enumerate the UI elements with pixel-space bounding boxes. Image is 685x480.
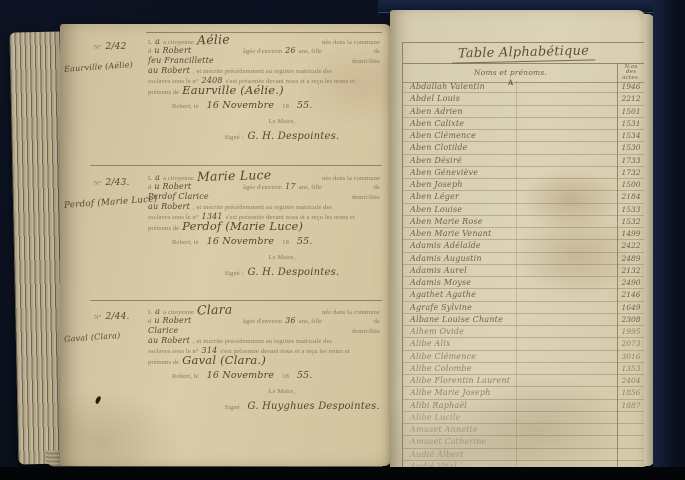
- row-act-number: 1733: [618, 156, 644, 165]
- table-rows: Abdallah Valentin1946Abdel Louis2212Aben…: [403, 81, 644, 473]
- table-row: Adamis Augustin2489: [403, 253, 644, 265]
- margin-name: Eaurville (Aélie): [64, 59, 146, 74]
- row-name: Albane Louise Chante: [403, 315, 618, 324]
- table-row: Abdallah Valentin1946: [403, 81, 644, 93]
- row-name: Aben Louise: [403, 205, 618, 214]
- date-line: Robert, le16 Novembre1855.: [148, 370, 380, 381]
- citizen-name: Aélie: [197, 36, 230, 45]
- entry-line: du Robert âgée d'environ26ans, fille de: [148, 46, 380, 56]
- date-value: 16 Novembre: [207, 370, 275, 381]
- table-row: Adamis Aurel2132: [403, 265, 644, 277]
- row-act-number: 2490: [618, 278, 644, 287]
- table-row: Albane Louise Chante2308: [403, 314, 644, 326]
- row-act-number: 2489: [618, 254, 644, 263]
- table-row: Aben Adrien1501: [403, 106, 644, 118]
- signature: G. H. Despointes.: [247, 131, 339, 142]
- table-row: Amuset Annette: [403, 424, 644, 436]
- table-row: Aben Clémence1534: [403, 130, 644, 142]
- row-name: Abdel Louis: [403, 94, 618, 103]
- row-name: Adamis Augustin: [403, 254, 618, 263]
- entry-line: du Robert âgée d'environ17ans, fille de: [148, 182, 380, 192]
- signature-line: Signé : G. Huyghues Despointes.: [148, 396, 380, 414]
- entry-margin: N° 2/42 Eaurville (Aélie): [64, 36, 146, 71]
- signature-line: Signé : G. H. Despointes.: [148, 262, 380, 280]
- row-act-number: 1649: [618, 303, 644, 312]
- table-row: Adamis Moyse2490: [403, 277, 644, 289]
- mayor-label: Le Maire,: [148, 118, 380, 125]
- new-name: Perdof (Marie Luce): [182, 222, 303, 231]
- entry-line: prénoms dePerdof (Marie Luce): [148, 222, 380, 232]
- row-name: Adamis Adélaïde: [403, 241, 618, 250]
- row-act-number: 2132: [618, 266, 644, 275]
- signature: G. H. Despointes.: [247, 267, 339, 278]
- date-value: 16 Novembre: [207, 236, 275, 247]
- table-row: Aben Marie Rose1532: [403, 216, 644, 228]
- register-entry: N° 2/43. Perdof (Marie Luce) Laa citoyen…: [60, 172, 392, 304]
- entry-line: au Robert, et inscrite précédemment au r…: [148, 202, 380, 212]
- row-name: Alibe Colombe: [403, 364, 618, 373]
- row-name: Aben Marie Venant: [403, 229, 618, 238]
- register-entry: N° 2/42 Eaurville (Aélie) Laa citoyenneA…: [60, 36, 392, 168]
- table-row: Alhem Ovide1995: [403, 326, 644, 338]
- book-cover-right: [653, 0, 685, 480]
- row-act-number: 1887: [618, 401, 644, 410]
- row-act-number: 1532: [618, 217, 644, 226]
- entry-line: au Robert, et inscrite précédemment au r…: [148, 336, 380, 346]
- row-act-number: 1530: [618, 143, 644, 152]
- table-row: Agathet Agathe2146: [403, 289, 644, 301]
- age-value: 17: [285, 182, 296, 191]
- row-act-number: 1499: [618, 229, 644, 238]
- entry-line: Laa citoyenneAélie née dans la commune: [148, 36, 380, 46]
- row-name: Abdallah Valentin: [403, 82, 618, 91]
- book-spread: N° 2/42 Eaurville (Aélie) Laa citoyenneA…: [0, 0, 685, 480]
- new-name: Eaurville (Aélie.): [182, 86, 284, 95]
- parent-name: feu Francillette: [148, 56, 214, 65]
- table-row: Aben Marie Venant1499: [403, 228, 644, 240]
- row-name: Alhem Ovide: [403, 327, 618, 336]
- row-name: Alibi Raphaël: [403, 401, 618, 410]
- table-row: Aben Louise1533: [403, 204, 644, 216]
- row-name: Aben Calixte: [403, 119, 618, 128]
- row-name: Aben Joseph: [403, 180, 618, 189]
- table-row: Adamis Adélaïde2422: [403, 240, 644, 252]
- table-row: Alibe Alix2073: [403, 338, 644, 350]
- row-name: Alibe Clémence: [403, 352, 618, 361]
- column-header-act-numbers: N.os des actes.: [618, 64, 644, 82]
- row-act-number: 3016: [618, 352, 644, 361]
- entry-line: prénoms deGaval (Clara.): [148, 356, 380, 366]
- mayor-label: Le Maire,: [148, 254, 380, 261]
- parent-name: Perdof Clarice: [148, 192, 209, 201]
- row-act-number: 1946: [618, 82, 644, 91]
- rule-line: [146, 32, 382, 33]
- alphabetical-table: Table Alphabétique Noms et prénoms. N.os…: [402, 42, 645, 473]
- row-name: Aben Géneviève: [403, 168, 618, 177]
- row-act-number: 2184: [618, 192, 644, 201]
- row-name: Aben Désiré: [403, 156, 618, 165]
- table-row: Agrafe Sylvine1649: [403, 302, 644, 314]
- entry-margin: N° 2/43. Perdof (Marie Luce): [64, 172, 146, 208]
- entry-line: Clarice domiciliée: [148, 326, 380, 336]
- row-name: Audié Albert: [403, 450, 618, 459]
- age-value: 36: [285, 316, 296, 325]
- row-name: Aben Adrien: [403, 107, 618, 116]
- row-act-number: 2404: [618, 376, 644, 385]
- table-row: Alibe Lucile: [403, 412, 644, 424]
- table-row: Audié Albert: [403, 449, 644, 461]
- table-row: Amuset Catherine: [403, 436, 644, 448]
- date-value: 16 Novembre: [207, 100, 275, 111]
- citizen-name: Marie Luce: [197, 171, 272, 181]
- row-act-number: 1501: [618, 107, 644, 116]
- left-page: N° 2/42 Eaurville (Aélie) Laa citoyenneA…: [60, 24, 392, 466]
- new-name: Gaval (Clara.): [182, 356, 266, 365]
- table-row: Aben Géneviève1732: [403, 167, 644, 179]
- entry-margin: N° 2/44. Gaval (Clara): [64, 306, 146, 341]
- table-row: Aben Clotilde1530: [403, 142, 644, 154]
- row-act-number: 2073: [618, 339, 644, 348]
- row-act-number: 1856: [618, 388, 644, 397]
- row-name: Aben Clotilde: [403, 143, 618, 152]
- table-row: Aben Léger2184: [403, 191, 644, 203]
- column-header-names: Noms et prénoms.: [403, 68, 618, 77]
- row-name: Agrafe Sylvine: [403, 303, 618, 312]
- entry-body: Laa citoyenneClara née dans la commune d…: [148, 306, 380, 414]
- table-row: Alibi Raphaël1887: [403, 400, 644, 412]
- entry-number: N° 2/42: [64, 36, 146, 54]
- book-cover-bottom: [0, 467, 685, 480]
- entry-line: feu Francillette domiciliée: [148, 56, 380, 66]
- row-act-number: 1533: [618, 205, 644, 214]
- entry-line: Perdof Clarice domiciliée: [148, 192, 380, 202]
- signature: G. Huyghues Despointes.: [247, 401, 379, 412]
- mayor-label: Le Maire,: [148, 388, 380, 395]
- entry-number: N° 2/43.: [64, 172, 146, 190]
- row-act-number: 1995: [618, 327, 644, 336]
- row-name: Alibe Marie Joseph: [403, 388, 618, 397]
- table-row: Alibe Colombe1353: [403, 363, 644, 375]
- table-title-row: Table Alphabétique: [403, 43, 644, 64]
- entry-line: du Robert âgée d'environ36ans, fille de: [148, 316, 380, 326]
- entry-line: Laa citoyenneMarie Luce née dans la comm…: [148, 172, 380, 182]
- table-row: Aben Joseph1500: [403, 179, 644, 191]
- table-row: Alibe Clémence3016: [403, 351, 644, 363]
- entry-line: prénoms deEaurville (Aélie.): [148, 86, 380, 96]
- entry-body: Laa citoyenneAélie née dans la commune d…: [148, 36, 380, 144]
- right-page: Table Alphabétique Noms et prénoms. N.os…: [390, 10, 646, 472]
- row-name: Aben Marie Rose: [403, 217, 618, 226]
- table-row: Abdel Louis2212: [403, 93, 644, 105]
- table-row: Aben Calixte1531: [403, 118, 644, 130]
- row-act-number: 1732: [618, 168, 644, 177]
- citizen-name: Clara: [197, 306, 233, 315]
- entry-line: au Robert, et inscrite précédemment au r…: [148, 66, 380, 76]
- row-act-number: 1500: [618, 180, 644, 189]
- table-row: Alibe Florentin Laurent2404: [403, 375, 644, 387]
- signature-line: Signé : G. H. Despointes.: [148, 126, 380, 144]
- row-name: Aben Clémence: [403, 131, 618, 140]
- row-act-number: 1534: [618, 131, 644, 140]
- row-name: Alibe Lucile: [403, 413, 618, 422]
- register-entry: N° 2/44. Gaval (Clara) Laa citoyenneClar…: [60, 306, 392, 438]
- row-name: Agathet Agathe: [403, 290, 618, 299]
- row-name: Adamis Moyse: [403, 278, 618, 287]
- row-act-number: 2146: [618, 290, 644, 299]
- row-name: Aben Léger: [403, 192, 618, 201]
- date-line: Robert, le16 Novembre1855.: [148, 100, 380, 111]
- date-line: Robert, le16 Novembre1855.: [148, 236, 380, 247]
- entry-number: N° 2/44.: [64, 306, 146, 324]
- row-act-number: 2422: [618, 241, 644, 250]
- entry-line: Laa citoyenneClara née dans la commune: [148, 306, 380, 316]
- row-name: Alibe Alix: [403, 339, 618, 348]
- row-name: Amuset Annette: [403, 425, 618, 434]
- row-act-number: 2308: [618, 315, 644, 324]
- table-title: Table Alphabétique: [452, 43, 595, 63]
- margin-name: Perdof (Marie Luce): [64, 195, 146, 211]
- parent-name: Clarice: [148, 326, 178, 335]
- row-act-number: 1353: [618, 364, 644, 373]
- table-row: Alibe Marie Joseph1856: [403, 387, 644, 399]
- table-row: Aben Désiré1733: [403, 155, 644, 167]
- row-name: Alibe Florentin Laurent: [403, 376, 618, 385]
- entry-body: Laa citoyenneMarie Luce née dans la comm…: [148, 172, 380, 280]
- row-act-number: 1531: [618, 119, 644, 128]
- row-name: Adamis Aurel: [403, 266, 618, 275]
- row-act-number: 2212: [618, 94, 644, 103]
- age-value: 26: [285, 46, 296, 55]
- row-name: Amuset Catherine: [403, 437, 618, 446]
- margin-name: Gaval (Clara): [64, 329, 146, 344]
